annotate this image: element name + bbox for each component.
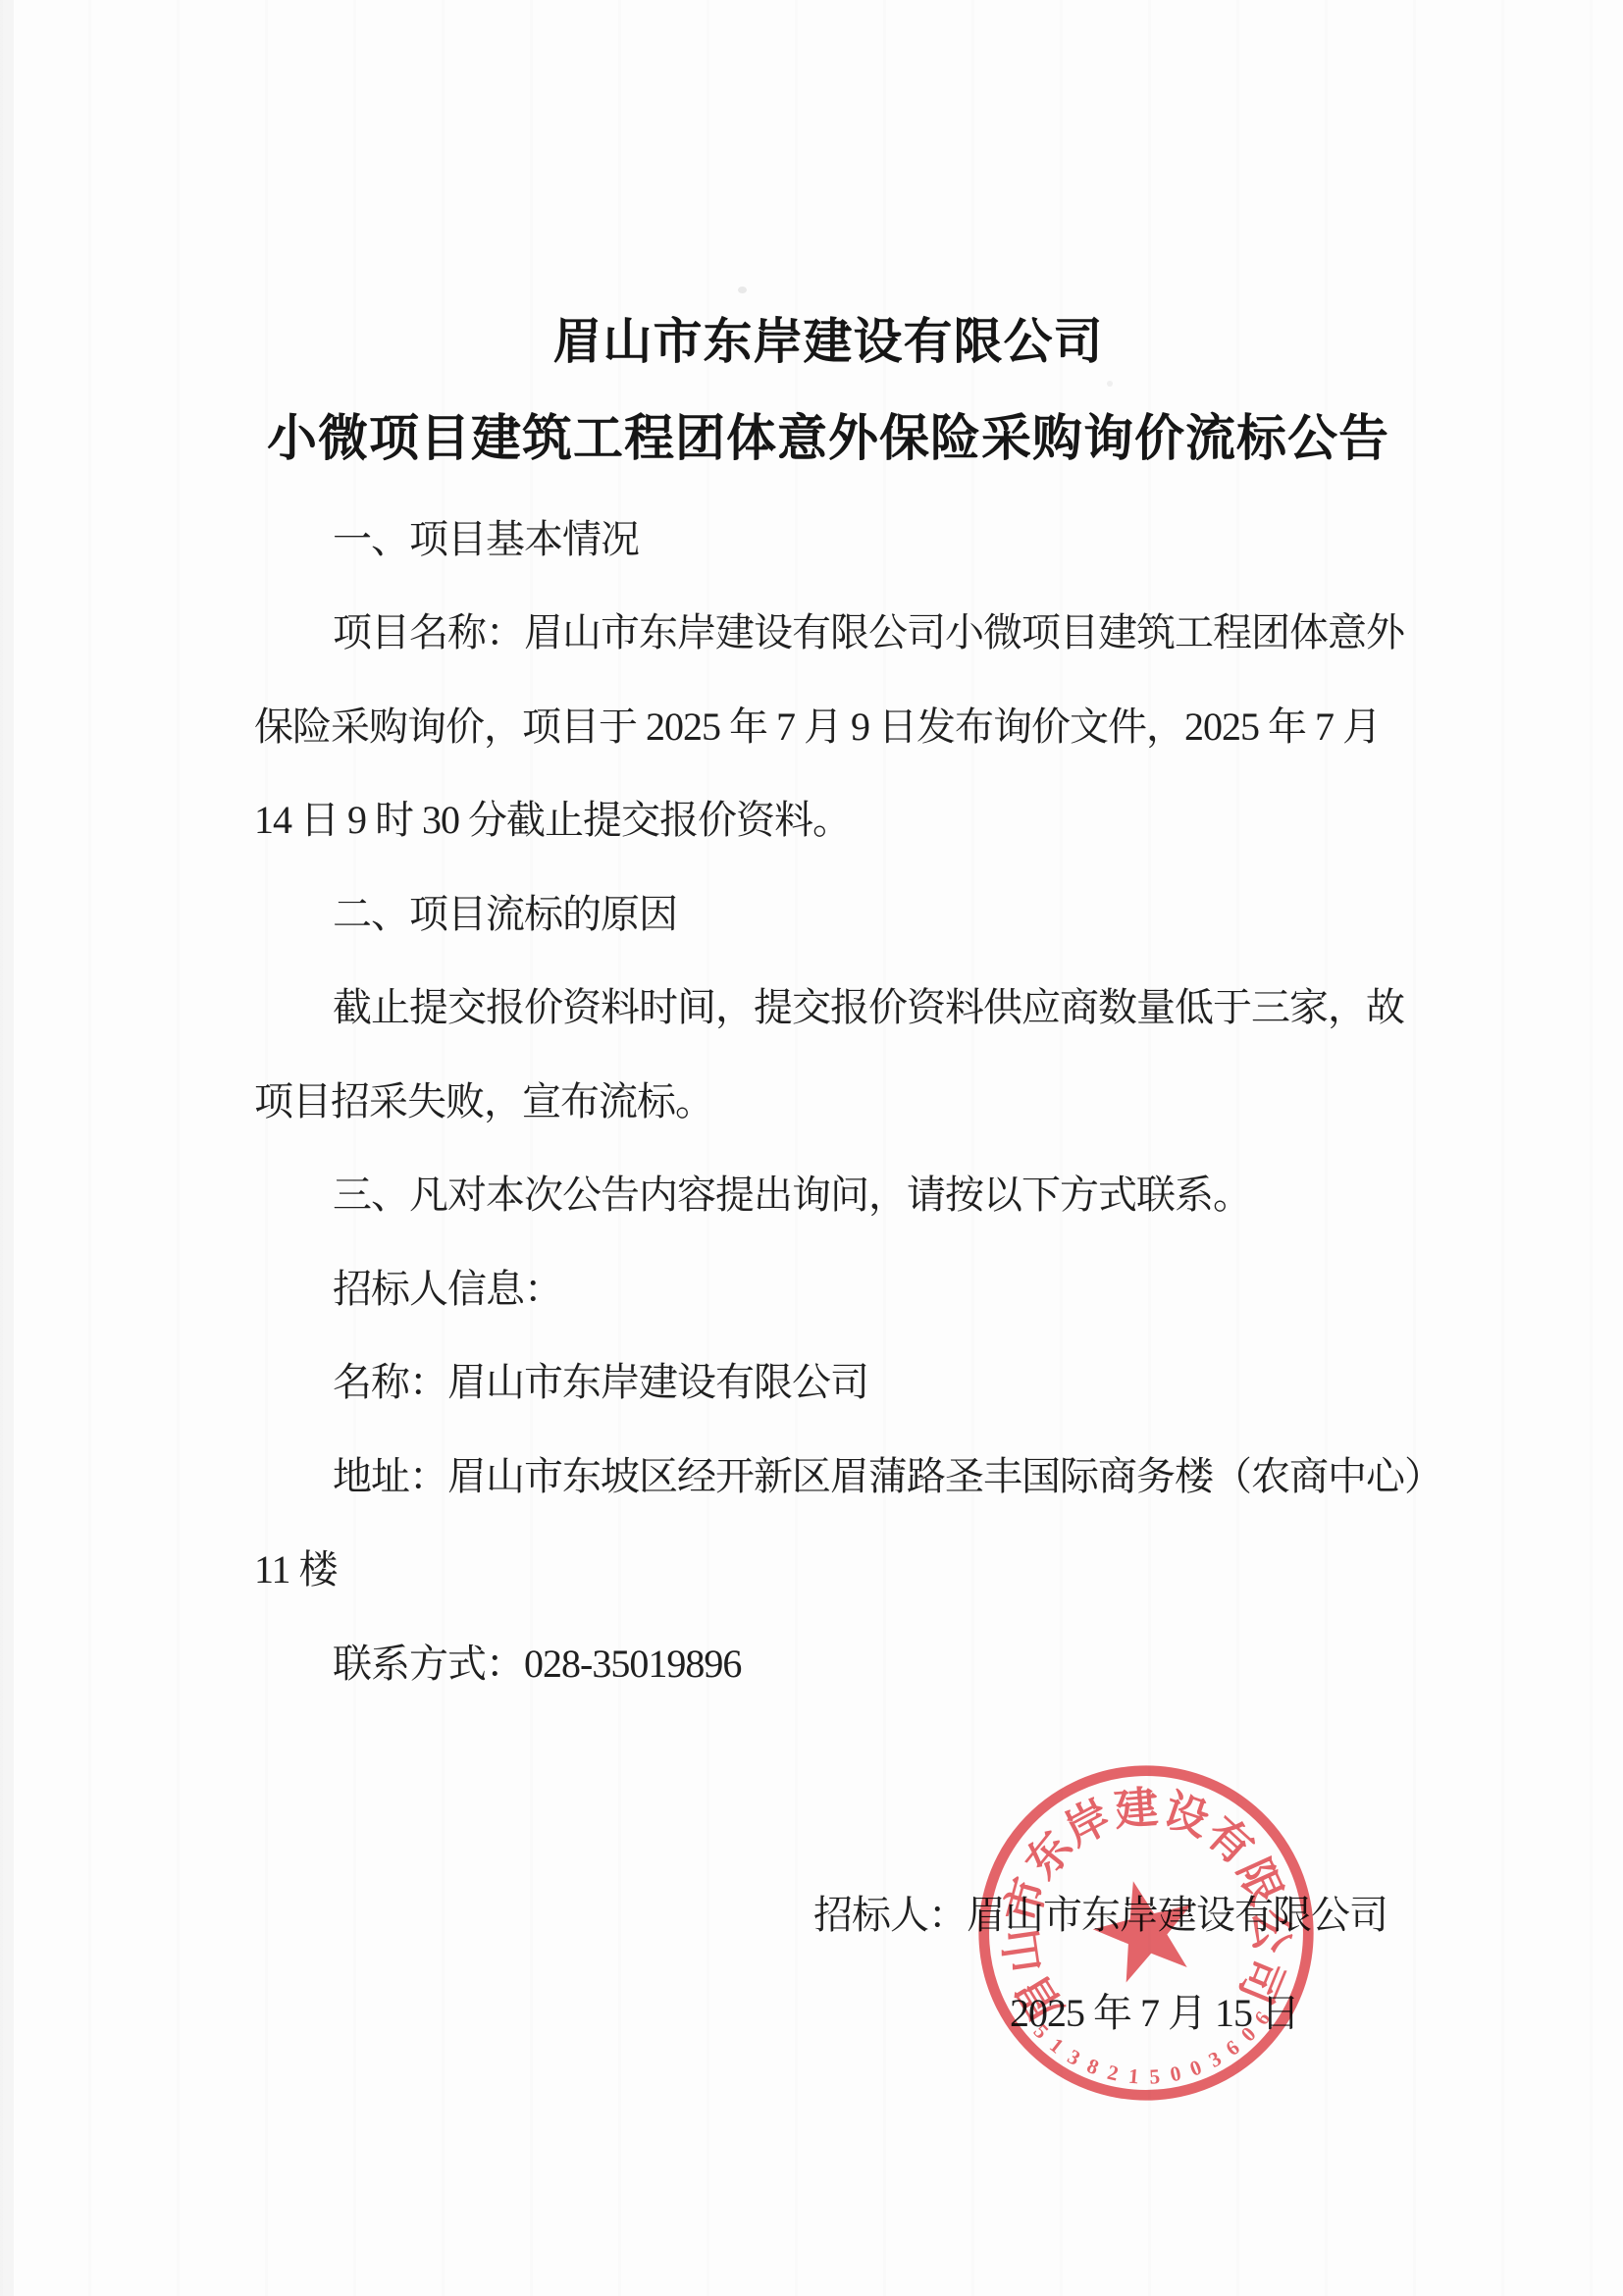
body-line-address: 地址：眉山市东坡区经开新区眉蒲路圣丰国际商务楼（农商中心） [254, 1451, 1549, 1502]
document-page: 眉山市东岸建设有限公司 小微项目建筑工程团体意外保险采购询价流标公告 一、项目基… [0, 0, 1623, 2296]
body-line: 项目招采失败，宣布流标。 [254, 1076, 1471, 1127]
scan-speck [1107, 381, 1113, 387]
body-line-tenderer-info: 招标人信息： [254, 1264, 1549, 1315]
scan-speck [738, 287, 747, 293]
body-line-phone: 联系方式：028-35019896 [254, 1639, 1549, 1690]
body-line-section-3: 三、凡对本次公告内容提出询问，请按以下方式联系。 [254, 1170, 1549, 1221]
document-title: 眉山市东岸建设有限公司 [243, 312, 1413, 371]
body-line-name: 名称：眉山市东岸建设有限公司 [254, 1357, 1549, 1408]
body-line-section-1: 一、项目基本情况 [254, 514, 1549, 565]
body-line: 保险采购询价，项目于 2025 年 7 月 9 日发布询价文件，2025 年 7… [254, 702, 1471, 753]
body-line-section-2: 二、项目流标的原因 [254, 889, 1549, 940]
body-line: 截止提交报价资料时间，提交报价资料供应商数量低于三家，故 [254, 982, 1549, 1033]
body-line: 项目名称：眉山市东岸建设有限公司小微项目建筑工程团体意外 [254, 607, 1549, 658]
body-line-address-cont: 11 楼 [254, 1544, 1471, 1595]
signature-issuer: 招标人：眉山市东岸建设有限公司 [813, 1890, 1387, 1941]
signature-date: 2025 年 7 月 15 日 [1010, 1988, 1299, 2039]
body-line: 14 日 9 时 30 分截止提交报价资料。 [254, 795, 1471, 846]
document-subtitle: 小微项目建筑工程团体意外保险采购询价流标公告 [243, 410, 1413, 469]
